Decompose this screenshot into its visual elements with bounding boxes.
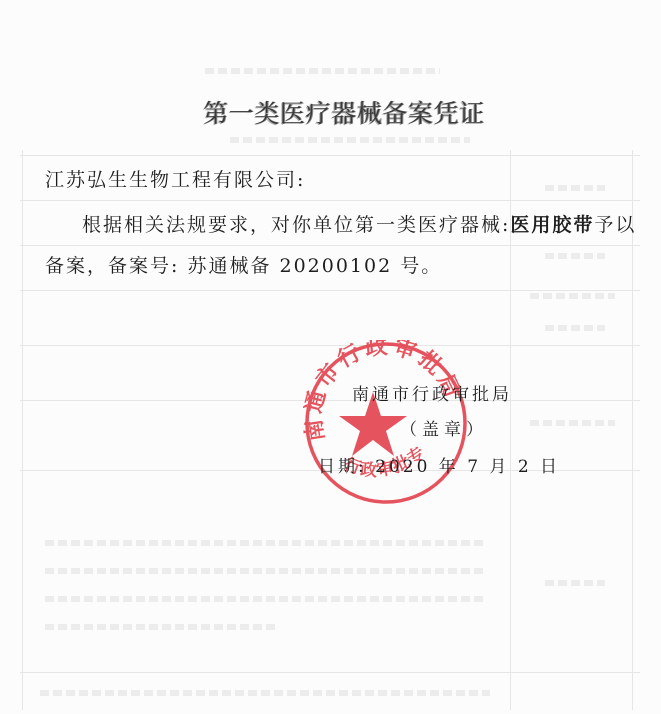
- bleed-through-text: [45, 568, 485, 574]
- seal-note: （盖章）: [400, 418, 488, 442]
- scanned-page: 第一类医疗器械备案凭证 江苏弘生生物工程有限公司: 根据相关法规要求，对你单位第…: [0, 0, 661, 714]
- addressee: 江苏弘生生物工程有限公司:: [45, 168, 305, 192]
- bleed-through-text: [45, 596, 485, 602]
- body-paragraph-line-1: 根据相关法规要求，对你单位第一类医疗器械:医用胶带予以: [82, 213, 636, 237]
- bleed-through-text: [205, 68, 440, 74]
- bleed-through-line: [20, 345, 640, 346]
- bleed-through-line: [20, 245, 640, 246]
- bleed-through-line: [20, 155, 640, 156]
- body-text-prefix: 根据相关法规要求，对你单位第一类医疗器械:: [82, 214, 510, 236]
- bleed-through-text: [530, 420, 615, 426]
- bleed-through-text: [230, 137, 470, 143]
- issue-date: 日期: 2020 年 7 月 2 日: [318, 455, 560, 479]
- bleed-through-text: [45, 624, 275, 630]
- bleed-through-line: [20, 400, 640, 401]
- product-name: 医用胶带: [510, 214, 594, 236]
- bleed-through-text: [545, 580, 605, 586]
- bleed-through-text: [545, 325, 605, 331]
- body-paragraph-line-2: 备案，备案号: 苏通械备 20200102 号。: [45, 254, 442, 278]
- bleed-through-line: [22, 150, 23, 710]
- document-title: 第一类医疗器械备案凭证: [203, 99, 471, 129]
- bleed-through-text: [530, 293, 615, 299]
- bleed-through-line: [20, 672, 640, 673]
- bleed-through-line: [20, 200, 640, 201]
- date-label: 日期:: [318, 457, 367, 477]
- bleed-through-text: [545, 253, 605, 259]
- body-text-suffix: 予以: [594, 214, 636, 236]
- bleed-through-line: [20, 290, 640, 291]
- bleed-through-text: [45, 540, 485, 546]
- issuer-name: 南通市行政审批局: [352, 383, 512, 407]
- bleed-through-text: [40, 690, 490, 696]
- date-value: 2020 年 7 月 2 日: [375, 457, 560, 477]
- bleed-through-text: [545, 185, 605, 191]
